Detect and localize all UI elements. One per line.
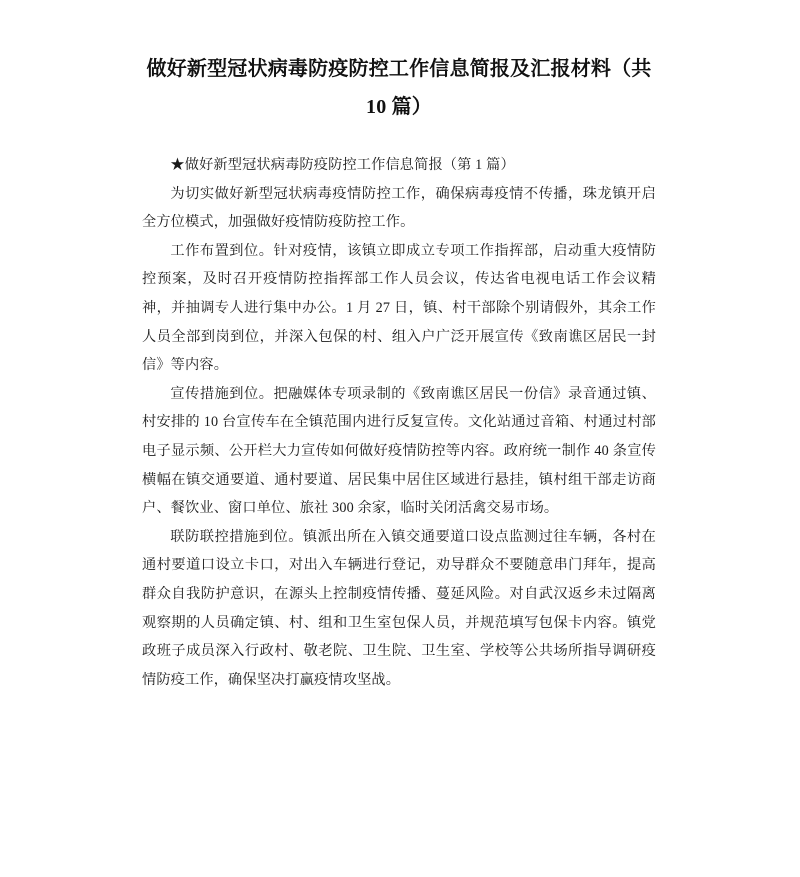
document-body: ★做好新型冠状病毒防疫防控工作信息简报（第 1 篇） 为切实做好新型冠状病毒疫情…	[142, 151, 656, 694]
paragraph: 为切实做好新型冠状病毒疫情防控工作，确保病毒疫情不传播，珠龙镇开启全方位模式，加…	[142, 180, 656, 237]
document-page: 做好新型冠状病毒防疫防控工作信息简报及汇报材料（共 10 篇） ★做好新型冠状病…	[0, 0, 800, 877]
paragraph: 宣传措施到位。把融媒体专项录制的《致南谯区居民一份信》录音通过镇、村安排的 10…	[142, 380, 656, 523]
paragraph: 工作布置到位。针对疫情，该镇立即成立专项工作指挥部，启动重大疫情防控预案，及时召…	[142, 237, 656, 380]
document-content: 做好新型冠状病毒防疫防控工作信息简报及汇报材料（共 10 篇） ★做好新型冠状病…	[142, 0, 656, 694]
section-heading-line: ★做好新型冠状病毒防疫防控工作信息简报（第 1 篇）	[142, 151, 656, 180]
document-title: 做好新型冠状病毒防疫防控工作信息简报及汇报材料（共 10 篇）	[142, 0, 656, 126]
paragraph: 联防联控措施到位。镇派出所在入镇交通要道口设点监测过往车辆，各村在通村要道口设立…	[142, 523, 656, 695]
